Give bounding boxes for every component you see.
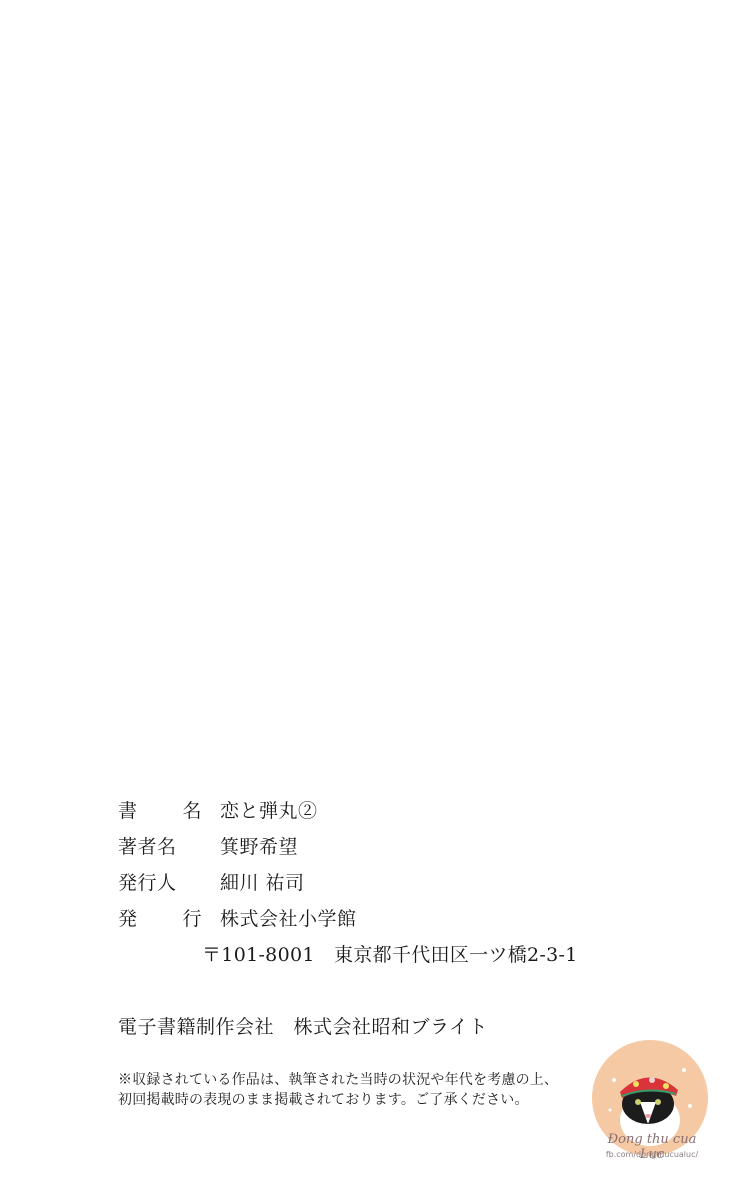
label-author: 著者名 <box>118 832 202 859</box>
watermark-url: fb.com/dongthucualuc/ <box>596 1150 708 1159</box>
label-char: 行 <box>182 904 202 931</box>
ebook-production: 電子書籍制作会社 株式会社昭和ブライト <box>118 1012 488 1039</box>
label-publisher: 発 行 <box>118 904 202 931</box>
book-title: 恋と弾丸② <box>220 796 318 823</box>
row-publisher: 発 行 株式会社小学館 <box>118 904 357 940</box>
label-char: 書 <box>118 796 138 823</box>
note-line-1: ※収録されている作品は、執筆された当時の状況や年代を考慮の上、 <box>118 1070 558 1090</box>
disclaimer-note: ※収録されている作品は、執筆された当時の状況や年代を考慮の上、 初回掲載時の表現… <box>118 1070 558 1110</box>
colophon: 書 名 恋と弾丸② 著者名 箕野希望 発行人 細川 祐司 発 行 株式会社小学館 <box>118 796 357 940</box>
row-publisher-person: 発行人 細川 祐司 <box>118 868 357 904</box>
publisher-name: 株式会社小学館 <box>220 904 357 931</box>
publisher-person-name: 細川 祐司 <box>220 868 305 895</box>
publisher-address: 〒101-8001 東京都千代田区一ツ橋2-3-1 <box>202 940 578 967</box>
watermark: Đong thu cua Luc fb.com/dongthucualuc/ <box>592 1040 710 1158</box>
label-publisher-person: 発行人 <box>118 868 202 895</box>
row-author: 著者名 箕野希望 <box>118 832 357 868</box>
label-char: 名 <box>182 796 202 823</box>
row-title: 書 名 恋と弾丸② <box>118 796 357 832</box>
note-line-2: 初回掲載時の表現のまま掲載されております。ご了承ください。 <box>118 1090 558 1110</box>
label-char: 発 <box>118 904 138 931</box>
author-name: 箕野希望 <box>220 832 298 859</box>
label-title: 書 名 <box>118 796 202 823</box>
